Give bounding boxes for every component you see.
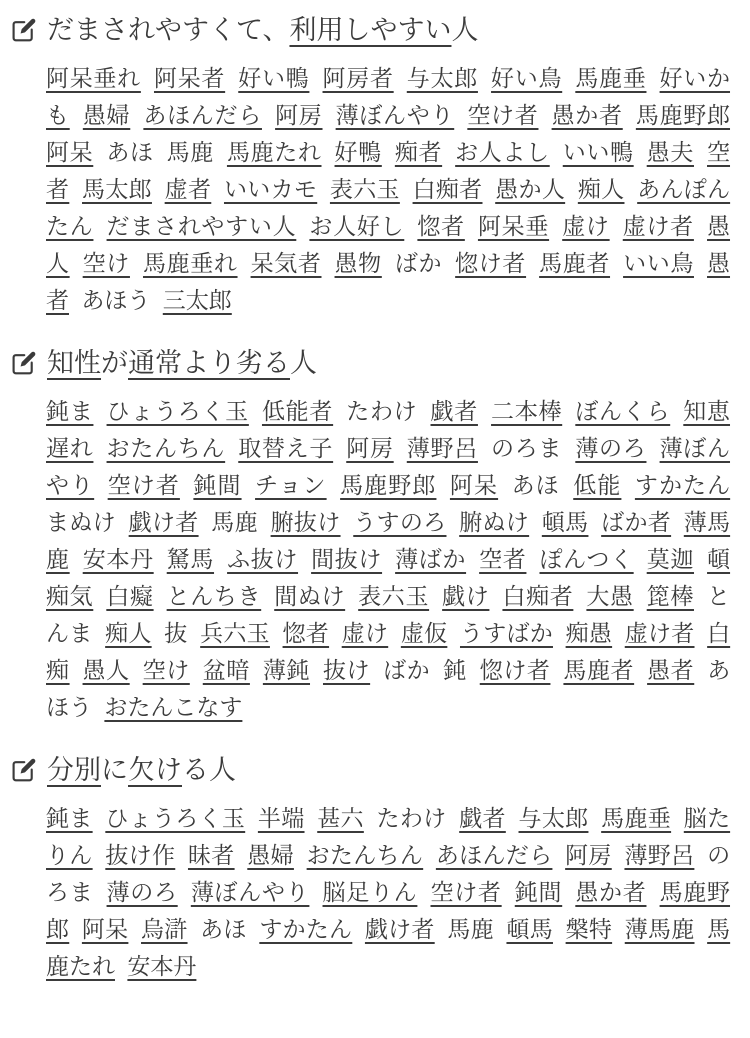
synonym-link[interactable]: 愚夫 bbox=[647, 139, 694, 165]
synonym-link[interactable]: 阿呆垂 bbox=[478, 213, 549, 239]
synonym-link[interactable]: 安本丹 bbox=[83, 546, 154, 572]
synonym-link[interactable]: 取替え子 bbox=[238, 435, 333, 461]
synonym-link[interactable]: 愚者 bbox=[647, 657, 694, 683]
heading-link[interactable]: 欠け bbox=[128, 755, 182, 785]
synonym-link[interactable]: おたんちん bbox=[307, 842, 424, 868]
synonym-list: 鈍ま ひょうろく玉 半端 甚六 たわけ 戯者 与太郎 馬鹿垂 脳たりん 抜け作 … bbox=[46, 800, 730, 985]
synonym-link[interactable]: 頓馬 bbox=[542, 509, 589, 535]
synonym-link[interactable]: だまされやすい人 bbox=[107, 213, 297, 239]
synonym-link[interactable]: 馬鹿野郎 bbox=[636, 102, 730, 128]
synonym-section: 分別に欠ける人鈍ま ひょうろく玉 半端 甚六 たわけ 戯者 与太郎 馬鹿垂 脳た… bbox=[10, 752, 730, 985]
synonym-list: 鈍ま ひょうろく玉 低能者 たわけ 戯者 二本棒 ぼんくら 知恵遅れ おたんちん… bbox=[46, 393, 730, 726]
section-heading: 分別に欠ける人 bbox=[10, 752, 730, 788]
synonym-link[interactable]: 低能 bbox=[573, 472, 621, 498]
section-heading-text: だまされやすくて、利用しやすい人 bbox=[47, 12, 478, 48]
synonym-link[interactable]: 低能者 bbox=[262, 398, 333, 424]
synonym-link[interactable]: 二本棒 bbox=[491, 398, 562, 424]
synonym-link[interactable]: いいカモ bbox=[224, 176, 317, 202]
synonym-text: たわけ bbox=[377, 805, 447, 831]
synonym-text: あほう bbox=[81, 287, 150, 313]
synonym-text: ばか bbox=[383, 657, 430, 683]
section-heading: だまされやすくて、利用しやすい人 bbox=[10, 12, 730, 48]
synonym-link[interactable]: 阿呆 bbox=[46, 139, 93, 165]
synonym-link[interactable]: あほんだら bbox=[143, 102, 262, 128]
synonym-link[interactable]: 与太郎 bbox=[519, 805, 589, 831]
synonym-link[interactable]: 阿呆 bbox=[450, 472, 498, 498]
synonym-link[interactable]: 腑抜け bbox=[271, 509, 341, 535]
synonym-text: ばか bbox=[395, 250, 442, 276]
edit-pencil-square-icon bbox=[10, 17, 37, 44]
synonym-link[interactable]: 薄野呂 bbox=[624, 842, 694, 868]
synonym-text: 抜 bbox=[164, 620, 187, 646]
synonym-link[interactable]: ひょうろく玉 bbox=[107, 398, 249, 424]
synonym-link[interactable]: 馬鹿野郎 bbox=[340, 472, 436, 498]
synonym-link[interactable]: 脳足りん bbox=[323, 879, 418, 905]
synonym-link[interactable]: 頓馬 bbox=[506, 916, 553, 942]
synonym-link[interactable]: 烏滸 bbox=[141, 916, 188, 942]
synonym-link[interactable]: 甚六 bbox=[317, 805, 364, 831]
synonym-link[interactable]: 槃特 bbox=[566, 916, 613, 942]
synonym-link[interactable]: 間抜け bbox=[311, 546, 382, 572]
synonym-link[interactable]: 抜け bbox=[323, 657, 370, 683]
synonym-link[interactable]: お人好し bbox=[309, 213, 404, 239]
synonym-link[interactable]: 馬鹿者 bbox=[539, 250, 610, 276]
synonym-text: 鈍 bbox=[443, 657, 467, 683]
synonym-link[interactable]: 戯者 bbox=[459, 805, 506, 831]
section-heading: 知性が通常より劣る人 bbox=[10, 345, 730, 381]
synonym-link[interactable]: 好鴨 bbox=[335, 139, 382, 165]
synonym-link[interactable]: すかたん bbox=[259, 916, 352, 942]
synonym-link[interactable]: 空け bbox=[143, 657, 190, 683]
synonym-link[interactable]: 馬鹿垂 bbox=[575, 65, 646, 91]
synonym-link[interactable]: 箆棒 bbox=[647, 583, 694, 609]
synonym-link[interactable]: 阿房 bbox=[275, 102, 322, 128]
synonym-section: だまされやすくて、利用しやすい人阿呆垂れ 阿呆者 好い鴨 阿房者 与太郎 好い鳥… bbox=[10, 12, 730, 319]
synonym-link[interactable]: 薄のろ bbox=[575, 435, 646, 461]
synonym-link[interactable]: 鈍間 bbox=[515, 879, 562, 905]
synonym-link[interactable]: 虚け者 bbox=[623, 213, 694, 239]
heading-plain-text: に bbox=[101, 755, 128, 785]
synonym-link[interactable]: 薄ぼんやり bbox=[191, 879, 310, 905]
synonym-link[interactable]: 鈍ま bbox=[46, 398, 93, 424]
synonym-link[interactable]: 白癡 bbox=[106, 583, 153, 609]
synonym-text: あほ bbox=[200, 916, 247, 942]
heading-plain-text: が bbox=[101, 348, 128, 378]
synonym-link[interactable]: 愚物 bbox=[335, 250, 382, 276]
synonym-link[interactable]: 薄のろ bbox=[107, 879, 178, 905]
synonym-link[interactable]: ぼんくら bbox=[575, 398, 670, 424]
synonym-link[interactable]: 虚仮 bbox=[401, 620, 448, 646]
synonym-text: 馬鹿 bbox=[167, 139, 214, 165]
synonym-text: 馬鹿 bbox=[447, 916, 494, 942]
synonym-link[interactable]: ばか者 bbox=[601, 509, 671, 535]
synonym-link[interactable]: 三太郎 bbox=[163, 287, 232, 313]
synonym-link[interactable]: 好い鴨 bbox=[238, 65, 309, 91]
heading-link[interactable]: 知性 bbox=[47, 348, 101, 378]
synonym-link[interactable]: 薄野呂 bbox=[407, 435, 478, 461]
heading-plain-text: だまされやすくて、 bbox=[47, 15, 289, 45]
synonym-link[interactable]: 抜け作 bbox=[105, 842, 175, 868]
synonym-link[interactable]: 阿呆垂れ bbox=[46, 65, 141, 91]
synonym-section: 知性が通常より劣る人鈍ま ひょうろく玉 低能者 たわけ 戯者 二本棒 ぼんくら … bbox=[10, 345, 730, 726]
section-heading-text: 知性が通常より劣る人 bbox=[47, 345, 317, 381]
heading-plain-text: 人 bbox=[451, 15, 478, 45]
synonym-link[interactable]: 盆暗 bbox=[203, 657, 250, 683]
synonym-link[interactable]: 虚け者 bbox=[625, 620, 695, 646]
synonym-link[interactable]: ひょうろく玉 bbox=[105, 805, 245, 831]
section-heading-text: 分別に欠ける人 bbox=[47, 752, 236, 788]
thesaurus-sections: だまされやすくて、利用しやすい人阿呆垂れ 阿呆者 好い鴨 阿房者 与太郎 好い鳥… bbox=[10, 12, 730, 985]
synonym-link[interactable]: 虚け bbox=[562, 213, 609, 239]
synonym-list: 阿呆垂れ 阿呆者 好い鴨 阿房者 与太郎 好い鳥 馬鹿垂 好いかも 愚婦 あほん… bbox=[46, 60, 730, 319]
synonym-link[interactable]: 空け者 bbox=[108, 472, 180, 498]
synonym-link[interactable]: 安本丹 bbox=[127, 953, 196, 979]
synonym-link[interactable]: 薄馬鹿 bbox=[625, 916, 695, 942]
heading-link[interactable]: 通常より劣る bbox=[128, 348, 290, 378]
synonym-link[interactable]: 表六玉 bbox=[330, 176, 400, 202]
synonym-link[interactable]: 白痴者 bbox=[413, 176, 483, 202]
synonym-text: まぬけ bbox=[46, 509, 116, 535]
synonym-link[interactable]: 薄ばか bbox=[395, 546, 466, 572]
synonym-link[interactable]: 昧者 bbox=[188, 842, 235, 868]
heading-link[interactable]: 分別 bbox=[47, 755, 101, 785]
synonym-link[interactable]: 戯け者 bbox=[129, 509, 199, 535]
synonym-link[interactable]: 空け bbox=[83, 250, 130, 276]
synonym-link[interactable]: 莫迦 bbox=[647, 546, 694, 572]
synonym-link[interactable]: 間ぬけ bbox=[274, 583, 345, 609]
synonym-text: たわけ bbox=[346, 398, 417, 424]
synonym-link[interactable]: 惚者 bbox=[283, 620, 330, 646]
edit-pencil-square-icon bbox=[10, 757, 37, 784]
synonym-link[interactable]: 空け者 bbox=[431, 879, 502, 905]
edit-pencil-square-icon bbox=[10, 350, 37, 377]
synonym-link[interactable]: 兵六玉 bbox=[200, 620, 270, 646]
synonym-link[interactable]: 大愚 bbox=[586, 583, 633, 609]
synonym-link[interactable]: すかたん bbox=[635, 472, 730, 498]
synonym-link[interactable]: お人よし bbox=[455, 139, 550, 165]
synonym-link[interactable]: 戯け者 bbox=[365, 916, 435, 942]
synonym-link[interactable]: うすばか bbox=[460, 620, 553, 646]
synonym-link[interactable]: 阿呆 bbox=[82, 916, 129, 942]
synonym-link[interactable]: 空者 bbox=[479, 546, 526, 572]
synonym-link[interactable]: 馬鹿たれ bbox=[227, 139, 322, 165]
heading-plain-text: 人 bbox=[290, 348, 317, 378]
synonym-text: のろま bbox=[491, 435, 562, 461]
synonym-link[interactable]: 白痴者 bbox=[502, 583, 573, 609]
synonym-link[interactable]: あほんだら bbox=[436, 842, 553, 868]
synonym-text: あほ bbox=[512, 472, 560, 498]
synonym-link[interactable]: 痴人 bbox=[105, 620, 152, 646]
synonym-link[interactable]: 好い鳥 bbox=[491, 65, 562, 91]
synonym-link[interactable]: 痴者 bbox=[395, 139, 442, 165]
synonym-text: 馬鹿 bbox=[211, 509, 258, 535]
synonym-link[interactable]: いい鳥 bbox=[623, 250, 694, 276]
synonym-link[interactable]: 鈍間 bbox=[193, 472, 241, 498]
synonym-link[interactable]: 薄ぼんやり bbox=[336, 102, 455, 128]
thesaurus-page: だまされやすくて、利用しやすい人阿呆垂れ 阿呆者 好い鴨 阿房者 与太郎 好い鳥… bbox=[0, 0, 750, 1038]
synonym-link[interactable]: 阿房 bbox=[565, 842, 612, 868]
synonym-link[interactable]: 空け者 bbox=[467, 102, 538, 128]
synonym-link[interactable]: ふ抜け bbox=[227, 546, 298, 572]
synonym-link[interactable]: 虚け bbox=[342, 620, 389, 646]
synonym-link[interactable]: おたんちん bbox=[107, 435, 226, 461]
heading-plain-text: る人 bbox=[182, 755, 236, 785]
synonym-link[interactable]: 馬鹿垂 bbox=[601, 805, 671, 831]
synonym-link[interactable]: おたんこなす bbox=[104, 694, 242, 720]
synonym-link[interactable]: 半端 bbox=[258, 805, 305, 831]
synonym-link[interactable]: いい鴨 bbox=[563, 139, 634, 165]
synonym-link[interactable]: 呆気者 bbox=[251, 250, 322, 276]
synonym-link[interactable]: 惚け者 bbox=[455, 250, 526, 276]
synonym-link[interactable]: 愚か人 bbox=[495, 176, 565, 202]
synonym-link[interactable]: ぽんつく bbox=[539, 546, 633, 572]
synonym-link[interactable]: 馬鹿垂れ bbox=[143, 250, 238, 276]
synonym-link[interactable]: 惚者 bbox=[417, 213, 464, 239]
synonym-link[interactable]: 戯け bbox=[442, 583, 489, 609]
heading-link[interactable]: 利用しやすい bbox=[289, 15, 451, 45]
synonym-link[interactable]: 駑馬 bbox=[167, 546, 214, 572]
synonym-link[interactable]: うすのろ bbox=[353, 509, 446, 535]
synonym-link[interactable]: 痴愚 bbox=[566, 620, 613, 646]
synonym-link[interactable]: 与太郎 bbox=[407, 65, 478, 91]
synonym-link[interactable]: 薄鈍 bbox=[263, 657, 310, 683]
synonym-link[interactable]: 馬鹿者 bbox=[563, 657, 634, 683]
synonym-link[interactable]: チョン bbox=[255, 472, 327, 498]
synonym-link[interactable]: 痴人 bbox=[578, 176, 625, 202]
synonym-link[interactable]: 愚か者 bbox=[575, 879, 646, 905]
synonym-link[interactable]: 愚婦 bbox=[83, 102, 130, 128]
synonym-link[interactable]: 阿呆者 bbox=[154, 65, 225, 91]
synonym-link[interactable]: 表六玉 bbox=[358, 583, 429, 609]
synonym-link[interactable]: 虚者 bbox=[165, 176, 212, 202]
synonym-link[interactable]: 愚婦 bbox=[247, 842, 294, 868]
synonym-text: あほ bbox=[106, 139, 153, 165]
synonym-link[interactable]: 鈍ま bbox=[46, 805, 93, 831]
synonym-link[interactable]: 愚人 bbox=[83, 657, 130, 683]
synonym-link[interactable]: 阿房者 bbox=[323, 65, 394, 91]
synonym-link[interactable]: とんちき bbox=[167, 583, 262, 609]
synonym-link[interactable]: 惚け者 bbox=[480, 657, 551, 683]
synonym-link[interactable]: 戯者 bbox=[431, 398, 478, 424]
synonym-link[interactable]: 腑ぬけ bbox=[459, 509, 529, 535]
synonym-link[interactable]: 愚か者 bbox=[552, 102, 623, 128]
synonym-link[interactable]: 馬太郎 bbox=[82, 176, 152, 202]
synonym-link[interactable]: 阿房 bbox=[346, 435, 393, 461]
